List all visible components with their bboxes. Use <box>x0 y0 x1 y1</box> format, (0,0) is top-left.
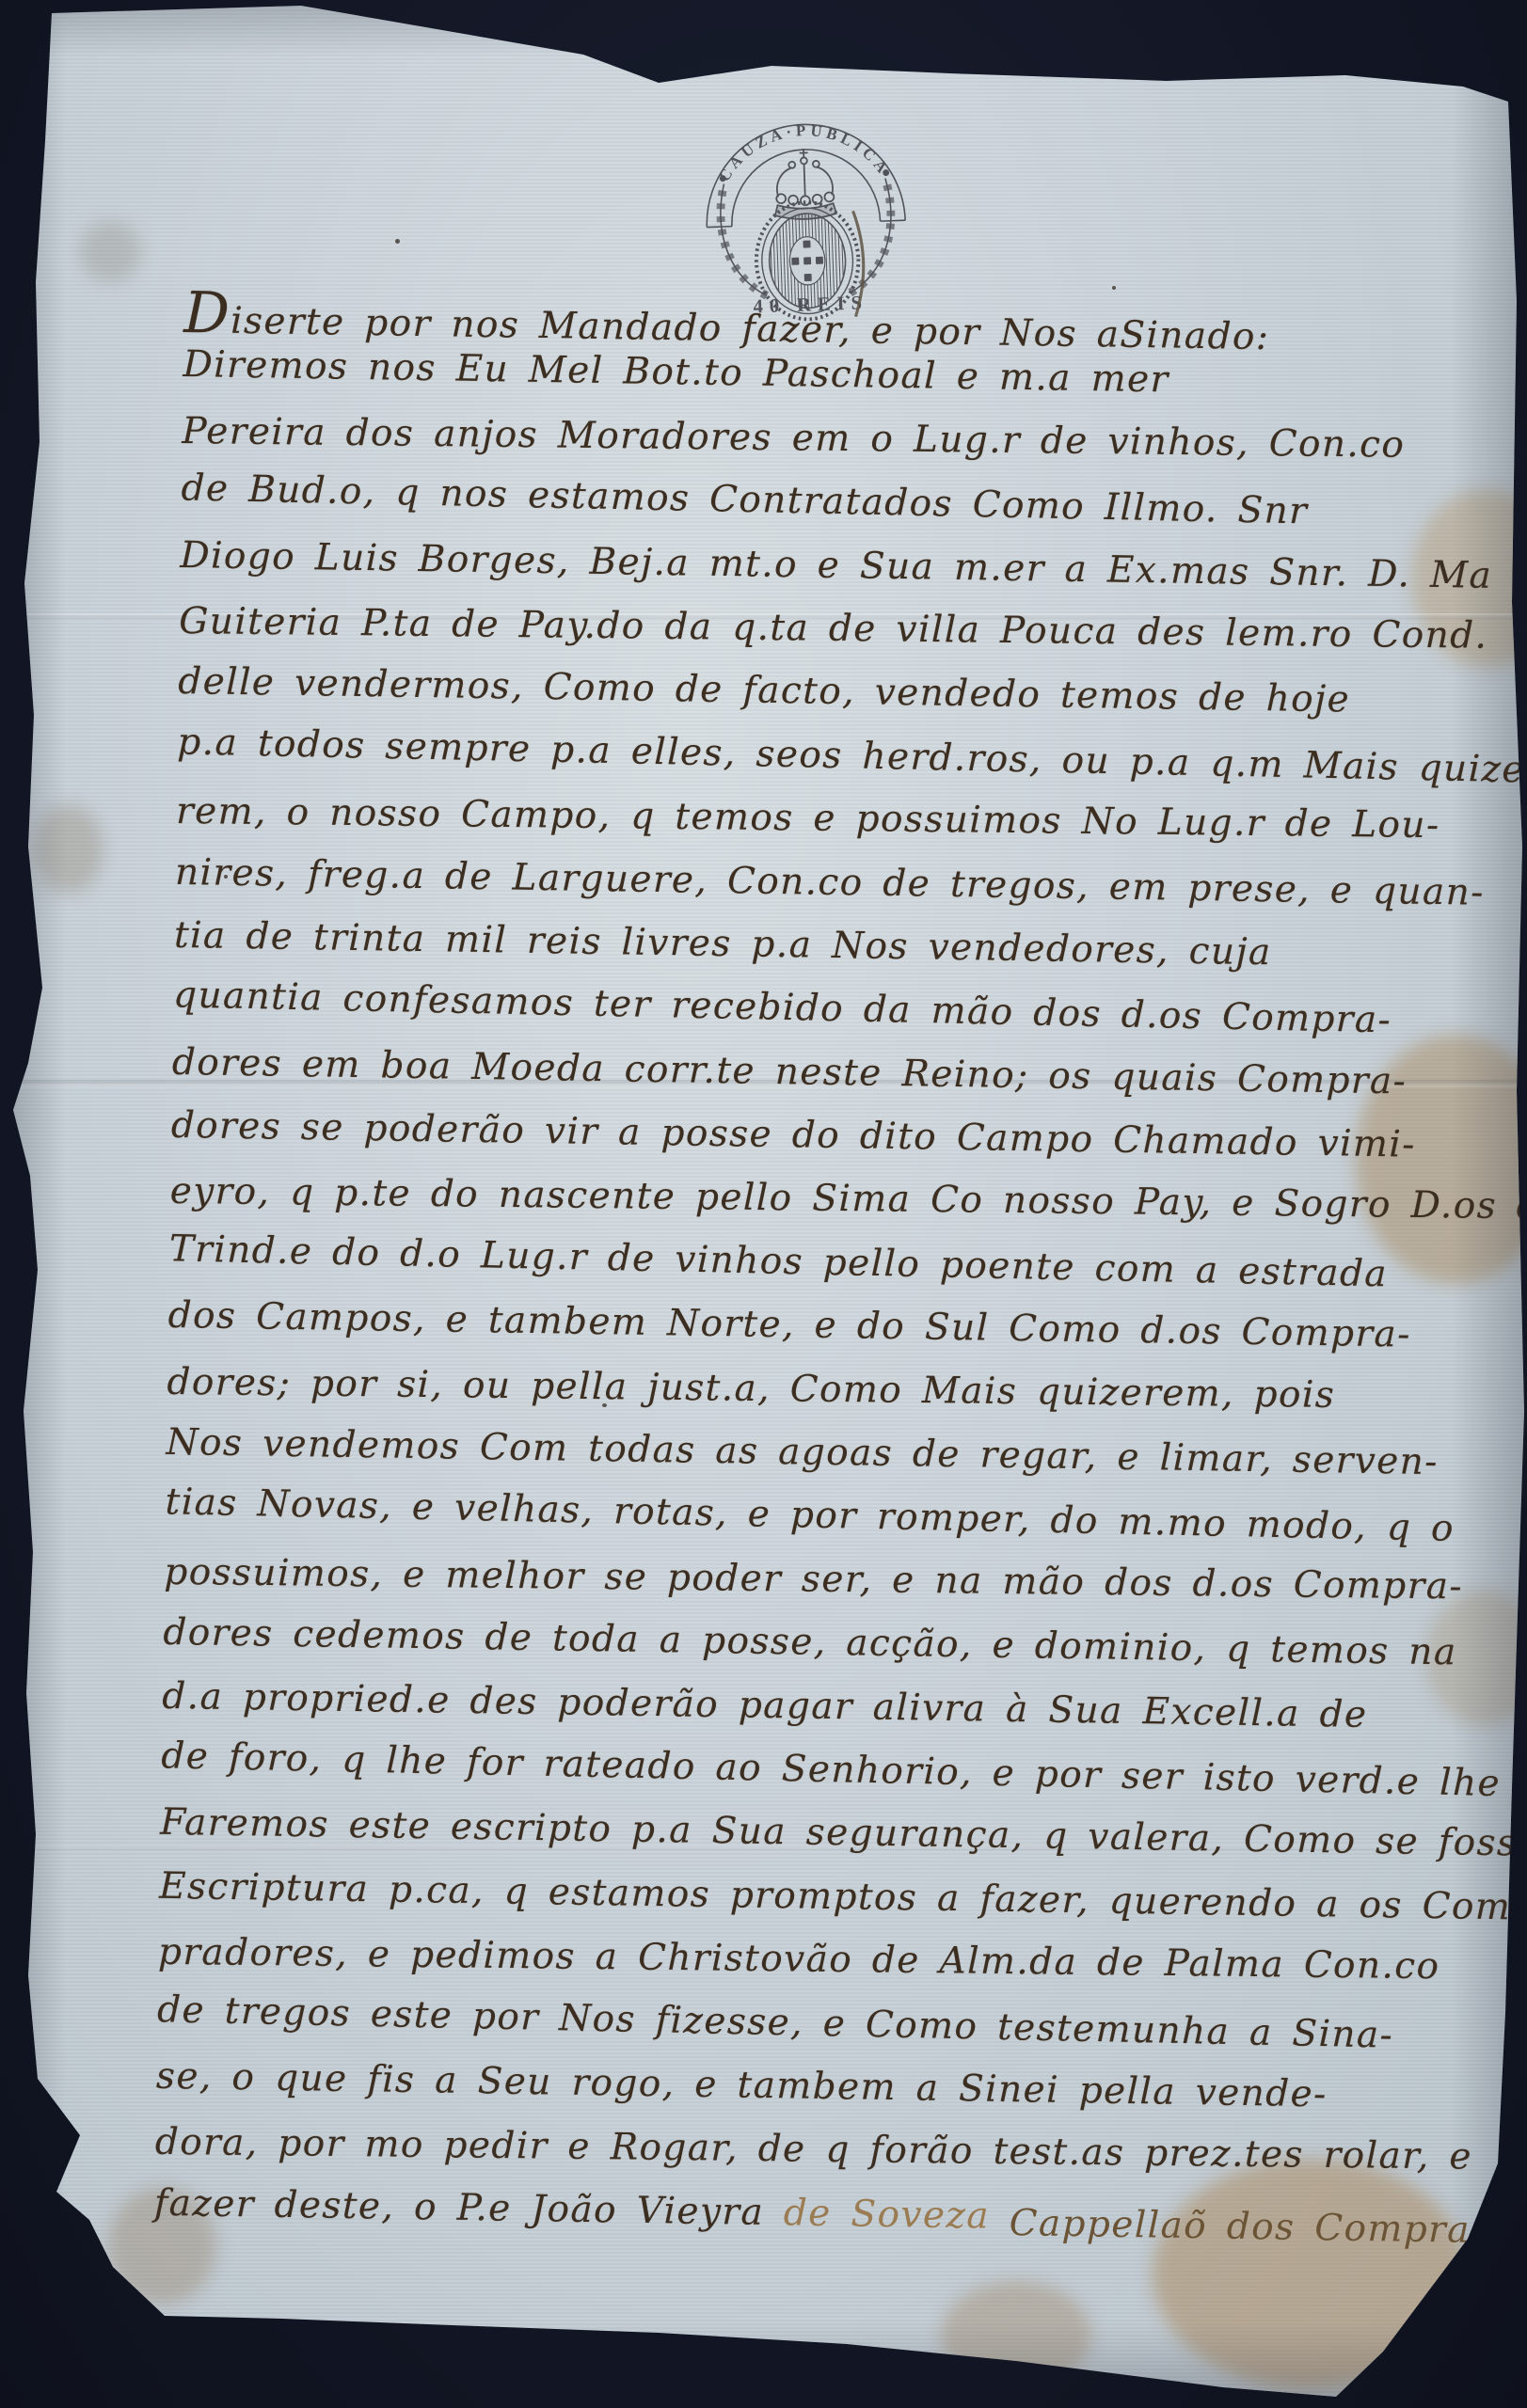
paper-sheet: CAUZA·PUBLICA <box>0 0 1527 2408</box>
signature-tail-part: Cappellaõ dos Comprado <box>1009 2202 1519 2252</box>
manuscript-text: Diserte por nos Mandado fazer, e por Nos… <box>153 280 1483 2266</box>
signature-faded-part: de Soveza <box>784 2192 1010 2238</box>
